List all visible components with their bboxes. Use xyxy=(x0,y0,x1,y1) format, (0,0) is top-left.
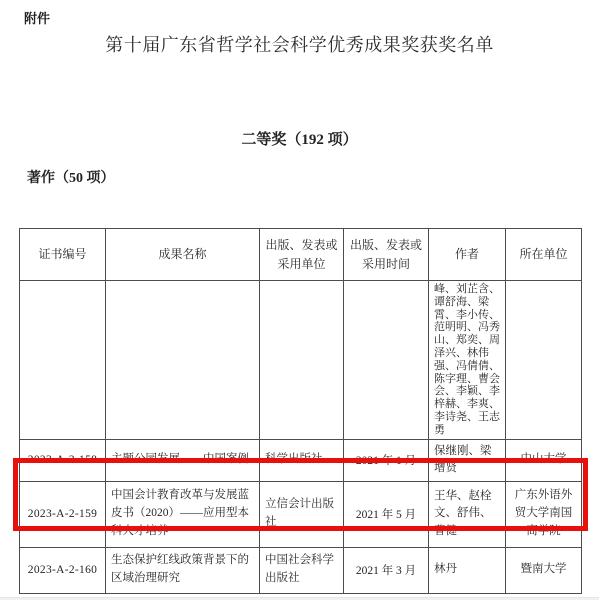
header-authors: 作者 xyxy=(429,229,506,281)
certificate-cell: 2023-A-2-159 xyxy=(20,481,106,547)
affiliation-cell: 广东外语外贸大学南国商学院 xyxy=(506,481,582,547)
category-heading: 著作（50 项） xyxy=(27,167,115,187)
table-header-row: 证书编号 成果名称 出版、发表或采用单位 出版、发表或采用时间 作者 所在单位 xyxy=(20,229,582,281)
authors-cell: 峰、刘芷含、谭舒海、梁霄、李小传、范明明、冯秀山、郑奕、周泽兴、林伟强、冯倩倩、… xyxy=(429,281,506,440)
table-row-authors-continuation: 峰、刘芷含、谭舒海、梁霄、李小传、范明明、冯秀山、郑奕、周泽兴、林伟强、冯倩倩、… xyxy=(20,281,582,440)
header-publish-date: 出版、发表或采用时间 xyxy=(344,229,429,281)
header-publisher: 出版、发表或采用单位 xyxy=(260,229,344,281)
table-row-2023-A-2-158: 2023-A-2-158 主题公园发展——中国案例 科学出版社 2021 年 1… xyxy=(20,439,582,481)
publish-date-cell: 2021 年 3 月 xyxy=(344,547,429,593)
affiliation-cell: 暨南大学 xyxy=(506,547,582,593)
publisher-cell: 科学出版社 xyxy=(260,439,344,481)
page-title: 第十届广东省哲学社会科学优秀成果奖获奖名单 xyxy=(0,31,599,57)
table-row-2023-A-2-160: 2023-A-2-160 生态保护红线政策背景下的区域治理研究 中国社会科学出版… xyxy=(20,547,582,593)
authors-cell: 王华、赵栓文、舒伟、曹健 xyxy=(429,481,506,547)
achievement-title-cell: 中国会计教育改革与发展蓝皮书（2020）——应用型本科人才培养 xyxy=(106,481,260,547)
authors-cell: 保继刚、梁增贤 xyxy=(429,439,506,481)
award-table: 证书编号 成果名称 出版、发表或采用单位 出版、发表或采用时间 作者 所在单位 … xyxy=(19,228,582,594)
achievement-title-cell: 生态保护红线政策背景下的区域治理研究 xyxy=(106,547,260,593)
header-achievement-name: 成果名称 xyxy=(106,229,260,281)
affiliation-cell: 中山大学 xyxy=(506,439,582,481)
certificate-cell xyxy=(20,281,106,440)
authors-cell: 林丹 xyxy=(429,547,506,593)
publish-date-cell xyxy=(344,281,429,440)
publisher-cell: 立信会计出版社 xyxy=(260,481,344,547)
achievement-title-cell: 主题公园发展——中国案例 xyxy=(106,439,260,481)
affiliation-cell xyxy=(506,281,582,440)
prize-level-heading: 二等奖（192 项） xyxy=(0,128,599,149)
certificate-cell: 2023-A-2-158 xyxy=(20,439,106,481)
attachment-label: 附件 xyxy=(24,8,50,27)
header-certificate-no: 证书编号 xyxy=(20,229,106,281)
table-row-2023-A-2-159-highlighted: 2023-A-2-159 中国会计教育改革与发展蓝皮书（2020）——应用型本科… xyxy=(20,481,582,547)
publish-date-cell: 2021 年 5 月 xyxy=(344,481,429,547)
publisher-cell: 中国社会科学出版社 xyxy=(260,547,344,593)
header-affiliation: 所在单位 xyxy=(506,229,582,281)
publish-date-cell: 2021 年 1 月 xyxy=(344,439,429,481)
certificate-cell: 2023-A-2-160 xyxy=(20,547,106,593)
publisher-cell xyxy=(260,281,344,440)
achievement-title-cell xyxy=(106,281,260,440)
